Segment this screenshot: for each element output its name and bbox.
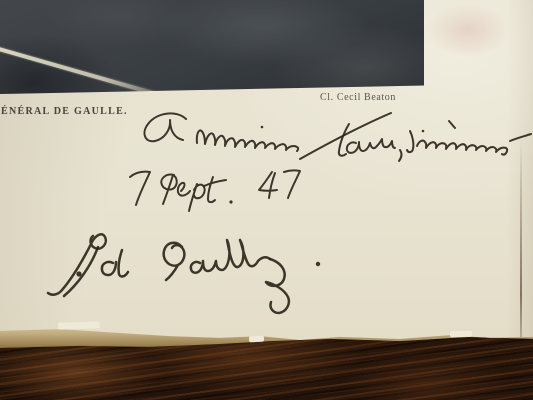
torn-paper-chip xyxy=(450,331,472,337)
page-fore-edge-crease xyxy=(520,140,522,338)
torn-paper-chip xyxy=(58,321,100,329)
plate-caption: ÉNÉRAL DE GAULLE. xyxy=(1,106,128,117)
photo-diagonal-streak xyxy=(0,45,164,97)
torn-paper-chip xyxy=(249,336,264,343)
photo-credit: Cl. Cecil Beaton xyxy=(320,92,396,103)
book-page: Cl. Cecil Beaton ÉNÉRAL DE GAULLE. xyxy=(0,0,533,352)
photogravure-plate xyxy=(0,0,424,94)
photographed-book-page-scene: Cl. Cecil Beaton ÉNÉRAL DE GAULLE. xyxy=(0,0,533,400)
